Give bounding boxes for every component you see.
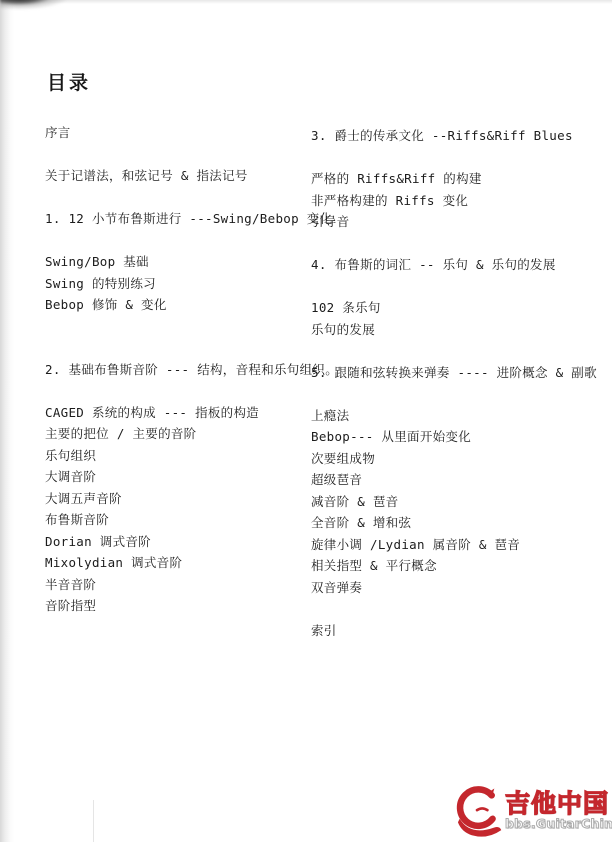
- toc-entry-line: Dorian 调式音阶: [45, 531, 315, 553]
- toc-entry-line: 严格的 Riffs&Riff 的构建: [311, 168, 611, 190]
- toc-entry: 4. 布鲁斯的词汇 -- 乐句 & 乐句的发展: [311, 254, 611, 276]
- toc-group: 102 条乐句乐句的发展: [311, 297, 611, 340]
- toc-entry-line: 乐句的发展: [311, 319, 611, 341]
- toc-entry-line: 次要组成物: [311, 448, 611, 470]
- toc-entry-line: 5. 跟随和弦转换来弹奏 ---- 进阶概念 & 副歌: [311, 362, 611, 384]
- toc-entry: 索引: [311, 620, 611, 642]
- toc-entry-line: 上瘾法: [311, 405, 611, 427]
- toc-entry-line: 减音阶 & 琶音: [311, 491, 611, 513]
- scan-corner-artifact: [0, 0, 84, 10]
- toc-entry: 序言: [45, 122, 315, 144]
- toc-entry-line: 相关指型 & 平行概念: [311, 555, 611, 577]
- toc-entry-line: 主要的把位 / 主要的音阶: [45, 423, 315, 445]
- toc-entry-line: Bebop--- 从里面开始变化: [311, 426, 611, 448]
- toc-entry-line: Bebop 修饰 & 变化: [45, 294, 315, 316]
- toc-entry: 5. 跟随和弦转换来弹奏 ---- 进阶概念 & 副歌: [311, 362, 611, 384]
- toc-entry-line: 旋律小调 /Lydian 属音阶 & 琶音: [311, 534, 611, 556]
- watermark-brand: 吉他中国: [505, 791, 609, 816]
- toc-group: 严格的 Riffs&Riff 的构建非严格构建的 Riffs 变化引导音: [311, 168, 611, 233]
- toc-entry-line: 4. 布鲁斯的词汇 -- 乐句 & 乐句的发展: [311, 254, 611, 276]
- scan-left-shadow: [0, 0, 14, 842]
- toc-entry-line: 大调五声音阶: [45, 488, 315, 510]
- toc-entry-line: 乐句组织: [45, 445, 315, 467]
- page-title: 目录: [47, 68, 91, 95]
- toc-entry: 1. 12 小节布鲁斯进行 ---Swing/Bebop 变化: [45, 208, 315, 230]
- toc-entry-line: 2. 基础布鲁斯音阶 --- 结构，音程和乐句组织。: [45, 359, 315, 381]
- toc-entry-line: 索引: [311, 620, 611, 642]
- toc-group: CAGED 系统的构成 --- 指板的构造主要的把位 / 主要的音阶乐句组织大调…: [45, 402, 315, 617]
- toc-entry-line: Swing 的特别练习: [45, 273, 315, 295]
- toc-entry: 关于记谱法，和弦记号 & 指法记号: [45, 165, 315, 187]
- toc-entry-line: 全音阶 & 增和弦: [311, 512, 611, 534]
- watermark-text: 吉他中国 bbs.GuitarChina.com: [505, 791, 612, 831]
- toc-entry-line: 超级琶音: [311, 469, 611, 491]
- toc-entry-line: 非严格构建的 Riffs 变化: [311, 190, 611, 212]
- toc-entry-line: 3. 爵士的传承文化 --Riffs&Riff Blues: [311, 125, 611, 147]
- toc-entry: 2. 基础布鲁斯音阶 --- 结构，音程和乐句组织。: [45, 359, 315, 381]
- toc-group: Swing/Bop 基础Swing 的特别练习Bebop 修饰 & 变化: [45, 251, 315, 316]
- toc-entry-line: Mixolydian 调式音阶: [45, 552, 315, 574]
- watermark: 吉他中国 bbs.GuitarChina.com: [451, 783, 611, 839]
- toc-entry-line: 序言: [45, 122, 315, 144]
- watermark-url: bbs.GuitarChina.com: [505, 818, 612, 831]
- toc-column-left: 序言关于记谱法，和弦记号 & 指法记号1. 12 小节布鲁斯进行 ---Swin…: [45, 122, 315, 617]
- scan-top-shadow: [0, 0, 612, 4]
- toc-entry-line: 半音音阶: [45, 574, 315, 596]
- toc-entry-line: CAGED 系统的构成 --- 指板的构造: [45, 402, 315, 424]
- toc-entry-line: 音阶指型: [45, 595, 315, 617]
- toc-entry-line: Swing/Bop 基础: [45, 251, 315, 273]
- scan-crease: [93, 800, 94, 842]
- toc-entry-line: 布鲁斯音阶: [45, 509, 315, 531]
- toc-group: 上瘾法Bebop--- 从里面开始变化次要组成物超级琶音减音阶 & 琶音全音阶 …: [311, 405, 611, 599]
- toc-entry: 3. 爵士的传承文化 --Riffs&Riff Blues: [311, 125, 611, 147]
- toc-entry-line: 大调音阶: [45, 466, 315, 488]
- toc-entry-line: 引导音: [311, 211, 611, 233]
- toc-entry-line: 关于记谱法，和弦记号 & 指法记号: [45, 165, 315, 187]
- toc-entry-line: 双音弹奏: [311, 577, 611, 599]
- toc-entry-line: 1. 12 小节布鲁斯进行 ---Swing/Bebop 变化: [45, 208, 315, 230]
- toc-entry-line: 102 条乐句: [311, 297, 611, 319]
- toc-column-right: 3. 爵士的传承文化 --Riffs&Riff Blues严格的 Riffs&R…: [311, 125, 611, 641]
- guitarchina-dragon-logo-icon: [451, 784, 503, 838]
